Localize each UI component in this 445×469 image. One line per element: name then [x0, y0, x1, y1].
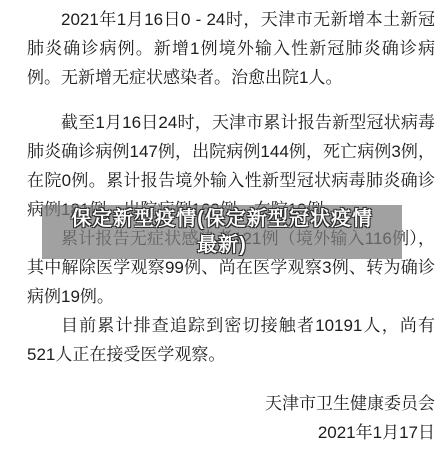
watermark-title-overlay: 保定新型疫情(保定新型冠状疫情 最新) — [42, 205, 402, 259]
signature-date: 2021年1月17日 — [27, 418, 435, 447]
paragraph-close-contacts: 目前累计排查追踪到密切接触者10191人，尚有521人正在接受医学观察。 — [27, 311, 435, 369]
paragraph-daily-new-cases: 2021年1月16日0 - 24时，天津市无新增本土新冠肺炎确诊病例。新增1例境… — [27, 5, 435, 92]
article-page: 2021年1月16日0 - 24时，天津市无新增本土新冠肺炎确诊病例。新增1例境… — [0, 0, 445, 469]
watermark-title-line-2: 最新) — [197, 232, 247, 258]
signature-organization: 天津市卫生健康委员会 — [27, 389, 435, 418]
watermark-title-line-1: 保定新型疫情(保定新型冠状疫情 — [71, 206, 373, 232]
signature-block: 天津市卫生健康委员会 2021年1月17日 — [27, 389, 435, 447]
